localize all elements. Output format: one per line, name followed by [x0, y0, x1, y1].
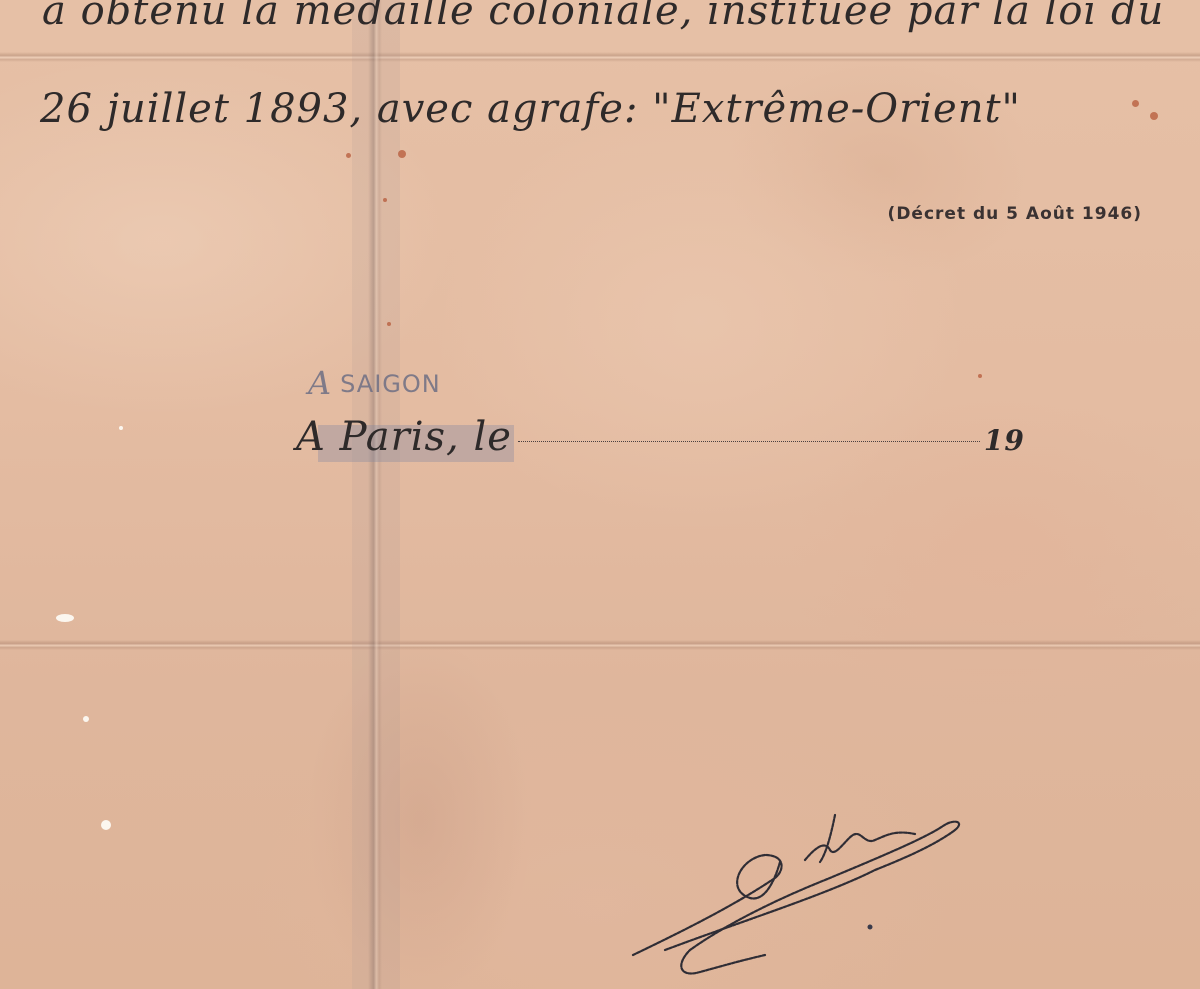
fold-line-top — [0, 52, 1200, 62]
printed-place: A Paris, le — [296, 414, 512, 460]
stamp-city: SAIGON — [340, 370, 441, 398]
foxing-spot — [978, 374, 982, 378]
paper-background — [0, 0, 1200, 989]
date-blank-line — [518, 441, 980, 442]
foxing-spot — [1132, 100, 1139, 107]
fold-line-middle — [0, 640, 1200, 650]
handwritten-signature — [625, 800, 975, 985]
decree-reference: (Décret du 5 Août 1946) — [888, 204, 1142, 224]
year-prefix: 19 — [984, 424, 1025, 457]
tape-strip — [352, 0, 400, 989]
place-date-line: A Paris, le 19 — [296, 414, 1025, 460]
paper-hole — [56, 614, 74, 622]
saigon-stamp: ASAIGON — [308, 364, 441, 402]
foxing-spot — [398, 150, 406, 158]
paper-hole — [119, 426, 123, 430]
paper-hole — [101, 820, 111, 830]
body-text-line-1: a obtenu la médaille coloniale, institué… — [42, 0, 1164, 34]
paper-hole — [83, 716, 89, 722]
stamp-prefix: A — [308, 364, 332, 402]
foxing-spot — [1150, 112, 1158, 120]
foxing-spot — [346, 153, 351, 158]
foxing-spot — [383, 198, 387, 202]
foxing-spot — [387, 322, 391, 326]
body-text-line-2: 26 juillet 1893, avec agrafe: "Extrême-O… — [40, 86, 1021, 132]
